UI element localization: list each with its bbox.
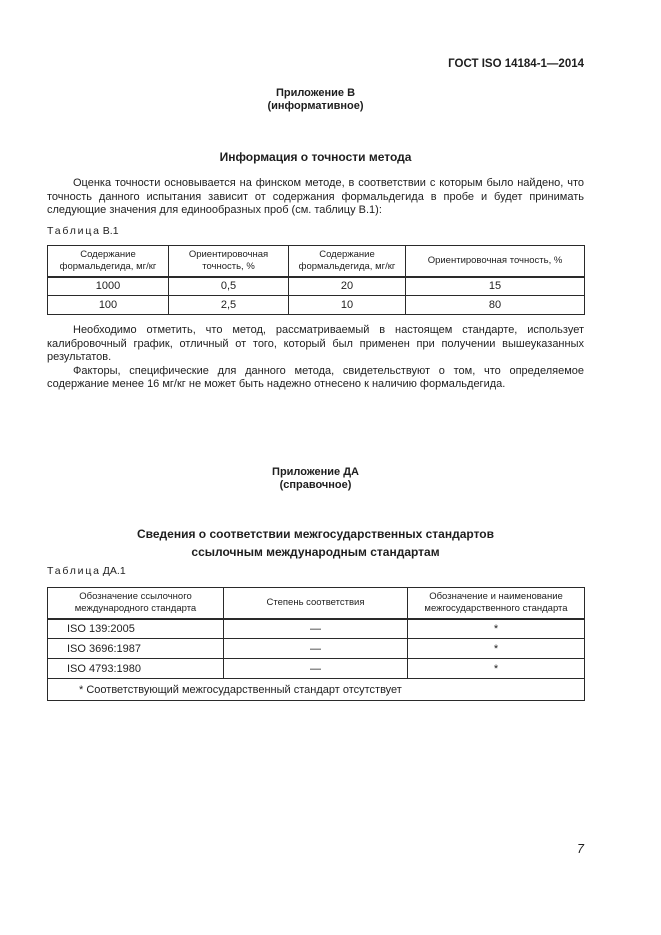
- table-b1: Содержание формальдегида, мг/кг Ориентир…: [47, 245, 585, 315]
- table-cell-standard: ISO 139:2005: [48, 619, 224, 639]
- table-row: ISO 3696:1987 — *: [48, 639, 585, 659]
- table-row: 100 2,5 10 80: [48, 296, 585, 315]
- table-b1-label: ТаблицаВ.1: [47, 225, 119, 237]
- annex-b-title: Приложение В: [47, 87, 584, 100]
- annex-b-section-title: Информация о точности метода: [47, 150, 584, 164]
- annex-da-section-title-line1: Сведения о соответствии межгосударственн…: [47, 526, 584, 544]
- table-da1-header-cell: Обозначение ссылочного международного ст…: [48, 588, 224, 619]
- table-da1-header-row: Обозначение ссылочного международного ст…: [48, 588, 585, 619]
- table-da1-label-word: Таблица: [47, 565, 101, 577]
- table-footnote: * Соответствующий межгосударственный ста…: [48, 679, 585, 701]
- table-cell-degree: —: [224, 659, 408, 679]
- table-cell-standard: ISO 4793:1980: [48, 659, 224, 679]
- annex-b-notes-paragraphs: Необходимо отметить, что метод, рассматр…: [47, 324, 584, 392]
- table-row: ISO 4793:1980 — *: [48, 659, 585, 679]
- page-number: 7: [577, 842, 584, 856]
- paragraph-calibration-note: Необходимо отметить, что метод, рассматр…: [47, 324, 584, 365]
- table-da1: Обозначение ссылочного международного ст…: [47, 587, 585, 701]
- table-cell-interstate: *: [408, 659, 585, 679]
- table-b1-label-number: В.1: [103, 225, 119, 237]
- table-cell-standard: ISO 3696:1987: [48, 639, 224, 659]
- paragraph-detection-limit-note: Факторы, специфические для данного метод…: [47, 365, 584, 392]
- annex-da-heading: Приложение ДА (справочное): [47, 466, 584, 492]
- annex-b-intro-paragraph: Оценка точности основывается на финском …: [47, 177, 584, 218]
- table-b1-header-row: Содержание формальдегида, мг/кг Ориентир…: [48, 246, 585, 277]
- table-cell: 80: [406, 296, 585, 315]
- table-b1-header-cell: Содержание формальдегида, мг/кг: [48, 246, 169, 277]
- table-row: 1000 0,5 20 15: [48, 277, 585, 296]
- table-cell: 0,5: [169, 277, 289, 296]
- table-da1-header-cell: Степень соответствия: [224, 588, 408, 619]
- table-cell: 1000: [48, 277, 169, 296]
- table-row: ISO 139:2005 — *: [48, 619, 585, 639]
- running-header: ГОСТ ISO 14184-1—2014: [448, 57, 584, 71]
- table-cell-degree: —: [224, 639, 408, 659]
- table-b1-header-cell: Содержание формальдегида, мг/кг: [289, 246, 406, 277]
- table-footnote-row: * Соответствующий межгосударственный ста…: [48, 679, 585, 701]
- table-cell: 2,5: [169, 296, 289, 315]
- table-da1-label-number: ДА.1: [103, 565, 126, 577]
- annex-da-title: Приложение ДА: [47, 466, 584, 479]
- table-b1-header-cell: Ориентировочная точность, %: [169, 246, 289, 277]
- table-cell: 20: [289, 277, 406, 296]
- table-cell: 10: [289, 296, 406, 315]
- table-cell: 15: [406, 277, 585, 296]
- annex-da-section-title: Сведения о соответствии межгосударственн…: [47, 526, 584, 561]
- table-b1-label-word: Таблица: [47, 225, 101, 237]
- annex-b-subtitle: (информативное): [47, 100, 584, 113]
- annex-da-subtitle: (справочное): [47, 479, 584, 492]
- table-cell-degree: —: [224, 619, 408, 639]
- table-da1-label: ТаблицаДА.1: [47, 565, 126, 577]
- annex-da-section-title-line2: ссылочным международным стандартам: [47, 544, 584, 562]
- table-da1-header-cell: Обозначение и наименование межгосударств…: [408, 588, 585, 619]
- table-b1-header-cell: Ориентировочная точность, %: [406, 246, 585, 277]
- paragraph-precision-basis: Оценка точности основывается на финском …: [47, 177, 584, 218]
- table-cell-interstate: *: [408, 639, 585, 659]
- table-cell-interstate: *: [408, 619, 585, 639]
- table-cell: 100: [48, 296, 169, 315]
- annex-b-heading: Приложение В (информативное): [47, 87, 584, 113]
- document-page: ГОСТ ISO 14184-1—2014 Приложение В (инфо…: [0, 0, 661, 935]
